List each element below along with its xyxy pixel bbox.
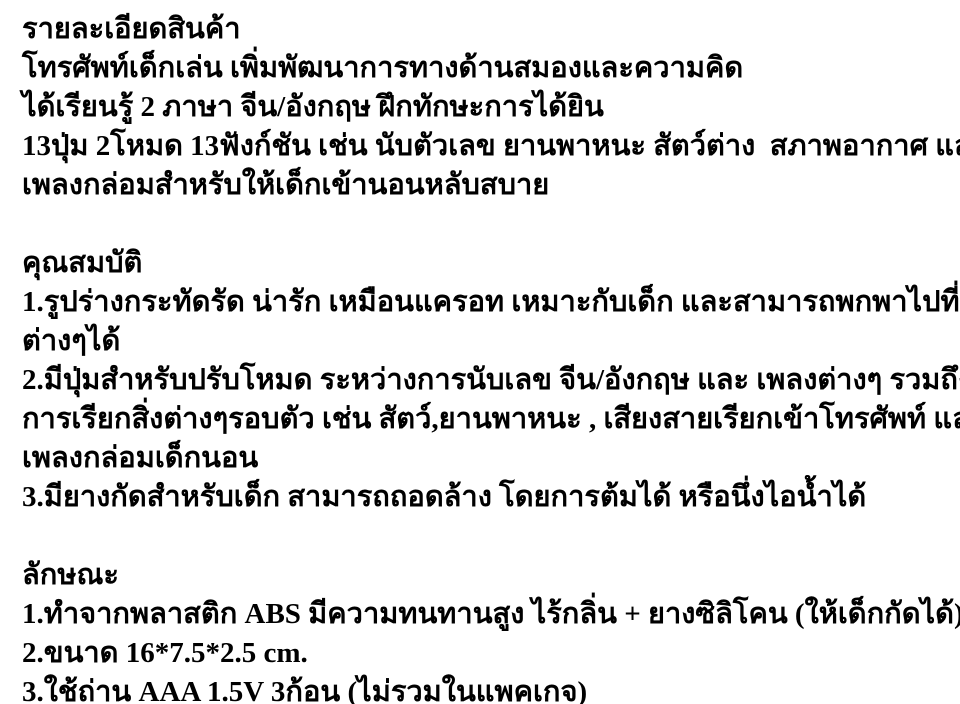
text-line: 3.มียางกัดสำหรับเด็ก สามารถถอดล้าง โดยกา… bbox=[22, 478, 950, 517]
text-line: การเรียกสิ่งต่างๆรอบตัว เช่น สัตว์,ยานพา… bbox=[22, 400, 950, 439]
text-line: 1.ทำจากพลาสติก ABS มีความทนทานสูง ไร้กลิ… bbox=[22, 595, 950, 634]
blank-line bbox=[22, 517, 950, 556]
section-heading: คุณสมบัติ bbox=[22, 244, 950, 283]
section-specifications: ลักษณะ 1.ทำจากพลาสติก ABS มีความทนทานสูง… bbox=[22, 556, 950, 704]
text-line: ได้เรียนรู้ 2 ภาษา จีน/อังกฤษ ฝึกทักษะกา… bbox=[22, 88, 950, 127]
section-product-details: รายละเอียดสินค้า โทรศัพท์เด็กเล่น เพิ่มพ… bbox=[22, 10, 950, 205]
text-line: 13ปุ่ม 2โหมด 13ฟังก์ชัน เช่น นับตัวเลข ย… bbox=[22, 127, 950, 166]
text-line: โทรศัพท์เด็กเล่น เพิ่มพัฒนาการทางด้านสมอ… bbox=[22, 49, 950, 88]
blank-line bbox=[22, 205, 950, 244]
text-line: ต่างๆได้ bbox=[22, 322, 950, 361]
section-heading: รายละเอียดสินค้า bbox=[22, 10, 950, 49]
section-heading: ลักษณะ bbox=[22, 556, 950, 595]
text-line: 3.ใช้ถ่าน AAA 1.5V 3ก้อน (ไม่รวมในแพคเกจ… bbox=[22, 673, 950, 704]
section-features: คุณสมบัติ 1.รูปร่างกระทัดรัด น่ารัก เหมื… bbox=[22, 244, 950, 517]
text-line: เพลงกล่อมเด็กนอน bbox=[22, 439, 950, 478]
text-line: เพลงกล่อมสำหรับให้เด็กเข้านอนหลับสบาย bbox=[22, 166, 950, 205]
text-line: 2.ขนาด 16*7.5*2.5 cm. bbox=[22, 634, 950, 673]
text-line: 1.รูปร่างกระทัดรัด น่ารัก เหมือนแครอท เห… bbox=[22, 283, 950, 322]
text-line: 2.มีปุ่มสำหรับปรับโหมด ระหว่างการนับเลข … bbox=[22, 361, 950, 400]
product-description-document: รายละเอียดสินค้า โทรศัพท์เด็กเล่น เพิ่มพ… bbox=[0, 0, 960, 704]
